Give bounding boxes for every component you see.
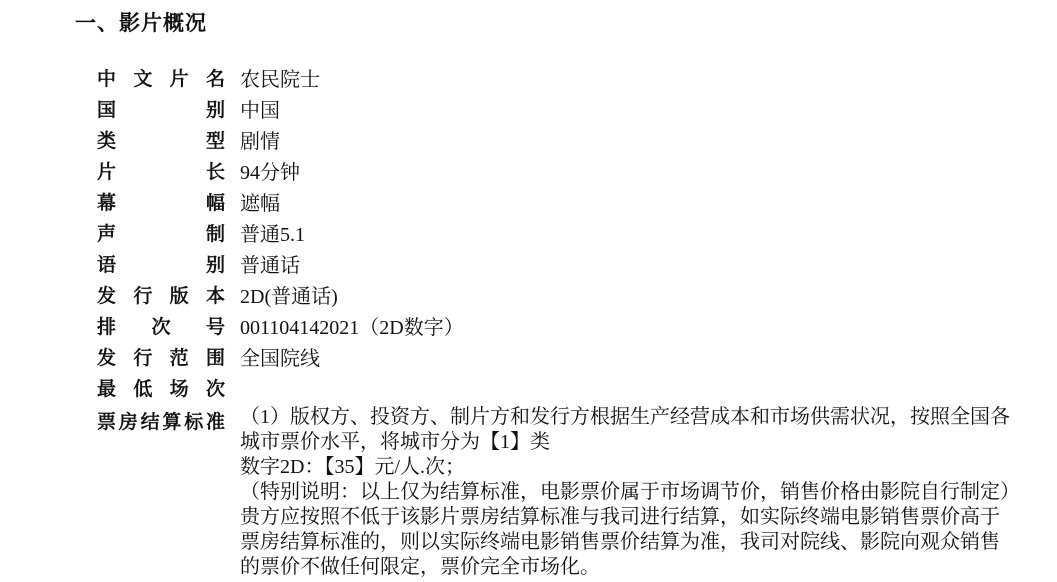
info-label: 最低场次 — [97, 374, 225, 401]
settlement-label: 票房结算标准 — [97, 405, 225, 434]
info-label: 中文片名 — [97, 64, 225, 91]
section-title: 一、影片概况 — [75, 12, 1057, 36]
info-label: 国别 — [97, 95, 225, 122]
info-value: 001104142021（2D数字） — [240, 311, 464, 340]
settlement-line: 贵方应按照不低于该影片票房结算标准与我司进行结算，如实际终端电影销售票价高于 — [240, 505, 1020, 530]
info-row: 国别 中国 — [97, 93, 1057, 124]
settlement-line: 票房结算标准的，则以实际终端电影销售票价结算为准，我司对院线、影院向观众销售 — [240, 530, 1020, 555]
info-row: 类型 剧情 — [97, 124, 1057, 155]
settlement-line: 的票价不做任何限定，票价完全市场化。 — [240, 555, 1020, 580]
info-label: 发行范围 — [97, 343, 225, 370]
settlement-line: 城市票价水平，将城市分为【1】类 — [240, 430, 1020, 455]
info-row: 幕幅 遮幅 — [97, 186, 1057, 217]
info-value: 全国院线 — [240, 342, 320, 371]
info-row: 发行版本 2D(普通话) — [97, 279, 1057, 310]
film-info-table: 中文片名 农民院士 国别 中国 类型 剧情 片长 94分钟 幕幅 遮幅 声制 普… — [97, 62, 1057, 403]
info-value: 中国 — [240, 94, 280, 123]
info-row: 最低场次 — [97, 372, 1057, 403]
info-row: 声制 普通5.1 — [97, 217, 1057, 248]
info-label: 幕幅 — [97, 188, 225, 215]
info-value: 普通话 — [240, 249, 300, 278]
info-label: 声制 — [97, 219, 225, 246]
info-value: 94分钟 — [240, 156, 300, 185]
info-label: 片长 — [97, 157, 225, 184]
settlement-line: （1）版权方、投资方、制片方和发行方根据生产经营成本和市场供需状况，按照全国各 — [240, 405, 1020, 430]
document-page: 一、影片概况 中文片名 农民院士 国别 中国 类型 剧情 片长 94分钟 幕幅 … — [0, 0, 1057, 582]
info-row: 中文片名 农民院士 — [97, 62, 1057, 93]
settlement-line: 数字2D：【35】元/人.次； — [240, 455, 1020, 480]
info-value: 普通5.1 — [240, 218, 305, 247]
info-value: 2D(普通话) — [240, 280, 338, 309]
info-row: 发行范围 全国院线 — [97, 341, 1057, 372]
info-value: 农民院士 — [240, 63, 320, 92]
info-label: 语别 — [97, 250, 225, 277]
info-row: 片长 94分钟 — [97, 155, 1057, 186]
info-value: 剧情 — [240, 125, 280, 154]
info-row: 语别 普通话 — [97, 248, 1057, 279]
info-label: 排次号 — [97, 312, 225, 339]
settlement-text: （1）版权方、投资方、制片方和发行方根据生产经营成本和市场供需状况，按照全国各 … — [240, 405, 1020, 580]
settlement-line: （特别说明：以上仅为结算标准，电影票价属于市场调节价，销售价格由影院自行制定） — [240, 480, 1020, 505]
info-value: 遮幅 — [240, 187, 280, 216]
settlement-row: 票房结算标准 （1）版权方、投资方、制片方和发行方根据生产经营成本和市场供需状况… — [97, 405, 1057, 580]
info-label: 类型 — [97, 126, 225, 153]
info-row: 排次号 001104142021（2D数字） — [97, 310, 1057, 341]
info-label: 发行版本 — [97, 281, 225, 308]
